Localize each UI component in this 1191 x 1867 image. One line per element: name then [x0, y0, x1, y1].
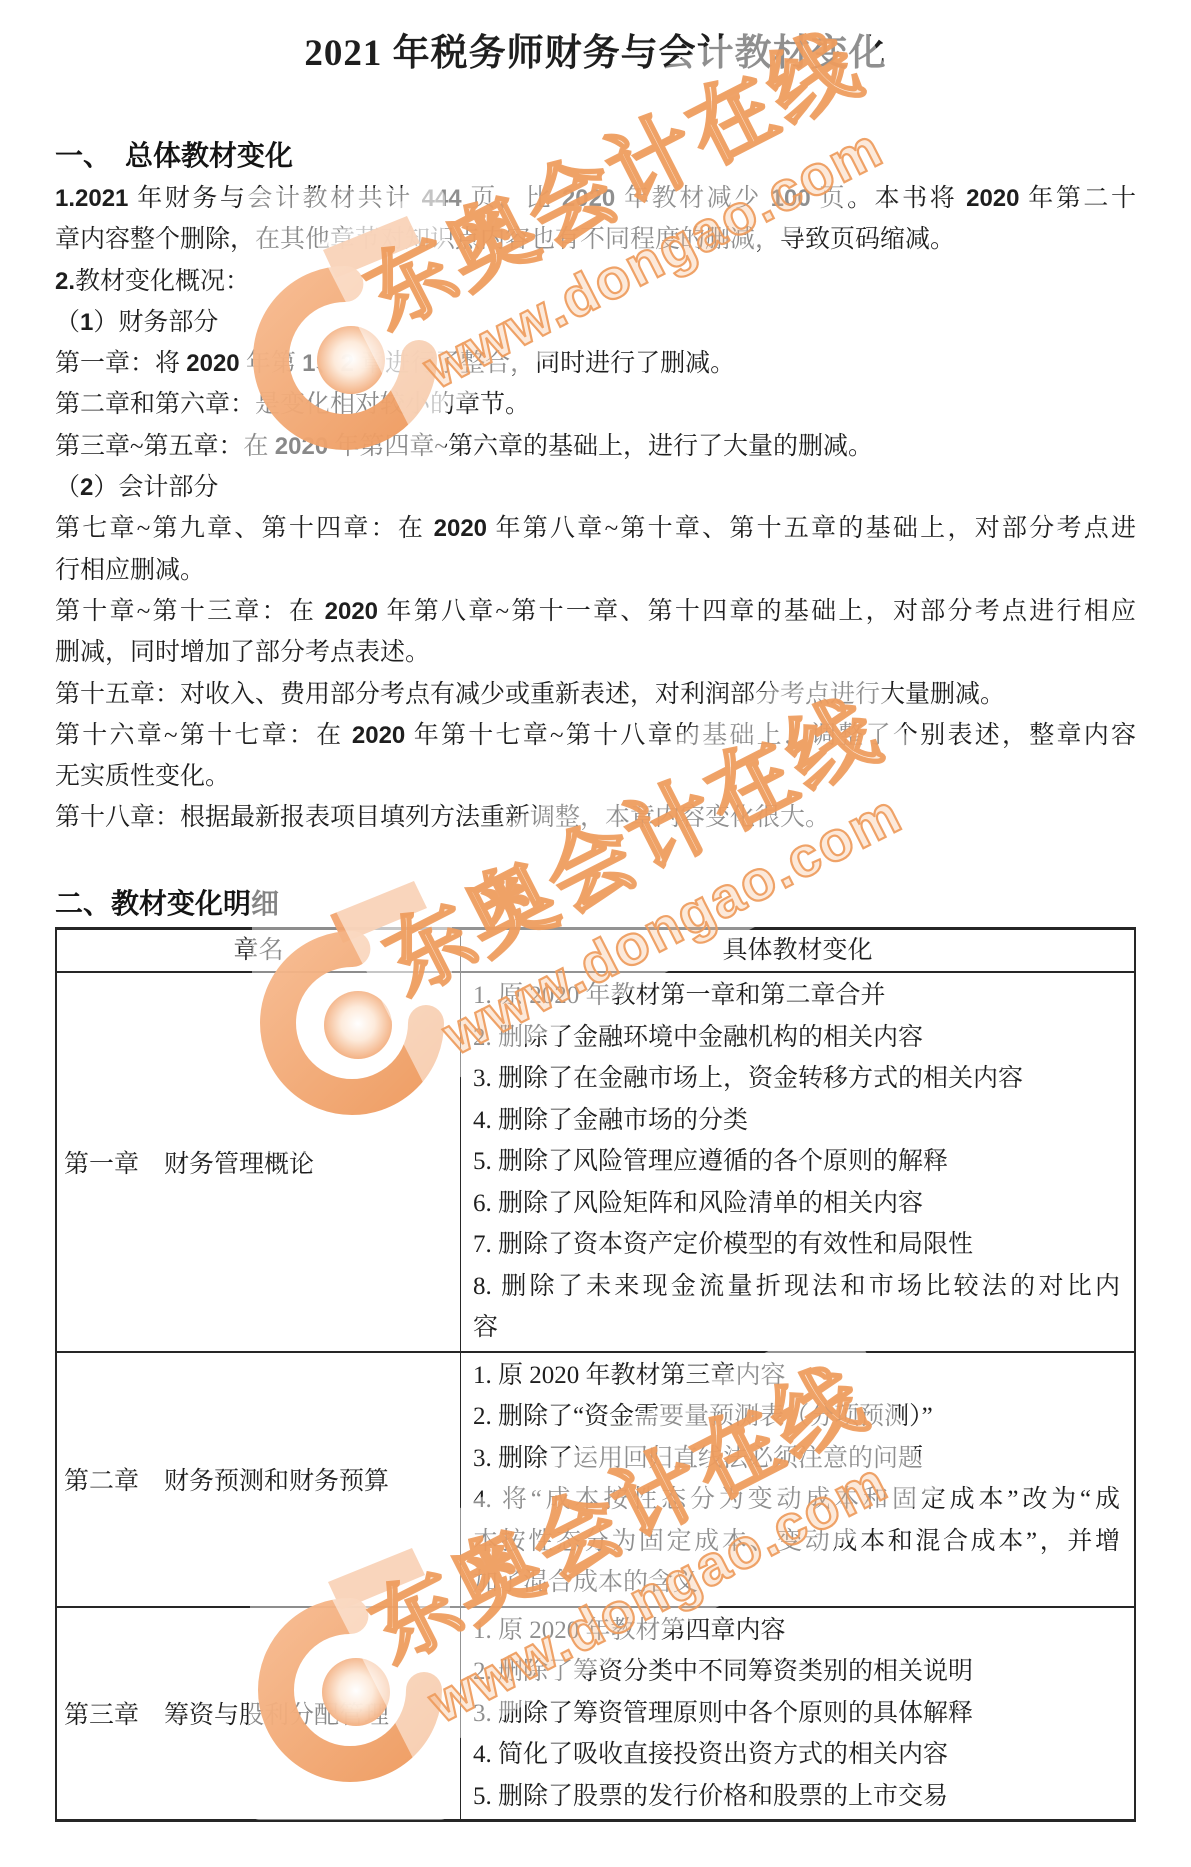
change-item-line: 7. 删除了资本资产定价模型的有效性和局限性	[473, 1224, 1120, 1266]
chapter-name-cell: 第二章 财务预测和财务预算	[57, 1353, 460, 1606]
body-line: 2.教材变化概况：	[55, 261, 1136, 302]
table-header-changes: 具体教材变化	[460, 930, 1134, 971]
change-item-line: 2. 删除了金融环境中金融机构的相关内容	[473, 1017, 1120, 1059]
chapter-name-cell: 第一章 财务管理概论	[57, 973, 460, 1351]
body-line: 1.2021 年财务与会计教材共计 444 页，比 2020 年教材减少 100…	[55, 178, 1136, 219]
change-item-line: 2. 删除了筹资分类中不同筹资类别的相关说明	[473, 1651, 1120, 1693]
change-item-line: 4. 简化了吸收直接投资出资方式的相关内容	[473, 1734, 1120, 1776]
body-line: 行相应删减。	[55, 550, 1136, 591]
body-line: 第三章~第五章：在 2020 年第四章~第六章的基础上，进行了大量的删减。	[55, 426, 1136, 467]
change-item-line: 3. 删除了筹资管理原则中各个原则的具体解释	[473, 1693, 1120, 1735]
body-line: 无实质性变化。	[55, 756, 1136, 797]
change-item-line: 3. 删除了运用回归直线法必须注意的问题	[473, 1438, 1120, 1480]
changes-table: 章名 具体教材变化 第一章 财务管理概论1. 原 2020 年教材第一章和第二章…	[55, 927, 1136, 1822]
chapter-changes-cell: 1. 原 2020 年教材第四章内容2. 删除了筹资分类中不同筹资类别的相关说明…	[460, 1608, 1134, 1820]
table-row: 第一章 财务管理概论1. 原 2020 年教材第一章和第二章合并2. 删除了金融…	[57, 971, 1134, 1351]
change-item-line: 容	[473, 1307, 1120, 1349]
body-line: 第十五章：对收入、费用部分考点有减少或重新表述，对利润部分考点进行大量删减。	[55, 674, 1136, 715]
body-line: 第七章~第九章、第十四章：在 2020 年第八章~第十章、第十五章的基础上，对部…	[55, 508, 1136, 549]
chapter-name-cell: 第三章 筹资与股利分配管理	[57, 1608, 460, 1820]
table-header-row: 章名 具体教材变化	[57, 930, 1134, 971]
change-item-line: 3. 删除了在金融市场上，资金转移方式的相关内容	[473, 1058, 1120, 1100]
section2-heading: 二、教材变化明细	[55, 882, 279, 922]
change-item-line: 4. 删除了金融市场的分类	[473, 1100, 1120, 1142]
change-item-line: 本按性态分为固定成本、变动成本和混合成本”，并增	[473, 1521, 1120, 1563]
body-line: 删减，同时增加了部分考点表述。	[55, 632, 1136, 673]
change-item-line: 加了混合成本的含义	[473, 1562, 1120, 1604]
change-item-line: 5. 删除了风险管理应遵循的各个原则的解释	[473, 1141, 1120, 1183]
change-item-line: 1. 原 2020 年教材第四章内容	[473, 1610, 1120, 1652]
change-item-line: 2. 删除了“资金需要量预测表（分项预测）”	[473, 1396, 1120, 1438]
page-title: 2021 年税务师财务与会计教材变化	[0, 22, 1191, 76]
body-line: 章内容整个删除，在其他章节对知识点内容也有不同程度的删减，导致页码缩减。	[55, 219, 1136, 260]
change-item-line: 1. 原 2020 年教材第一章和第二章合并	[473, 975, 1120, 1017]
change-item-line: 1. 原 2020 年教材第三章内容	[473, 1355, 1120, 1397]
body-line: 第一章：将 2020 年第 1、2 章进行了整合，同时进行了删减。	[55, 343, 1136, 384]
table-header-chapter: 章名	[57, 930, 460, 971]
body-line: 第十章~第十三章：在 2020 年第八章~第十一章、第十四章的基础上，对部分考点…	[55, 591, 1136, 632]
change-item-line: 5. 删除了股票的发行价格和股票的上市交易	[473, 1776, 1120, 1818]
section1-heading: 一、 总体教材变化	[55, 134, 293, 174]
section1-body: 1.2021 年财务与会计教材共计 444 页，比 2020 年教材减少 100…	[55, 178, 1136, 839]
body-line: （2）会计部分	[55, 467, 1136, 508]
table-row: 第三章 筹资与股利分配管理1. 原 2020 年教材第四章内容2. 删除了筹资分…	[57, 1606, 1134, 1820]
body-line: （1）财务部分	[55, 302, 1136, 343]
change-item-line: 4. 将“成本按性态分为变动成本和固定成本”改为“成	[473, 1479, 1120, 1521]
chapter-changes-cell: 1. 原 2020 年教材第三章内容2. 删除了“资金需要量预测表（分项预测）”…	[460, 1353, 1134, 1606]
change-item-line: 6. 删除了风险矩阵和风险清单的相关内容	[473, 1183, 1120, 1225]
document-page: 2021 年税务师财务与会计教材变化 一、 总体教材变化 1.2021 年财务与…	[0, 0, 1191, 1867]
table-row: 第二章 财务预测和财务预算1. 原 2020 年教材第三章内容2. 删除了“资金…	[57, 1351, 1134, 1606]
body-line: 第二章和第六章：是变化相对较小的章节。	[55, 384, 1136, 425]
body-line: 第十六章~第十七章：在 2020 年第十七章~第十八章的基础上，调整了个别表述，…	[55, 715, 1136, 756]
body-line: 第十八章：根据最新报表项目填列方法重新调整，本章内容变化很大。	[55, 797, 1136, 838]
change-item-line: 8. 删除了未来现金流量折现法和市场比较法的对比内	[473, 1266, 1120, 1308]
chapter-changes-cell: 1. 原 2020 年教材第一章和第二章合并2. 删除了金融环境中金融机构的相关…	[460, 973, 1134, 1351]
